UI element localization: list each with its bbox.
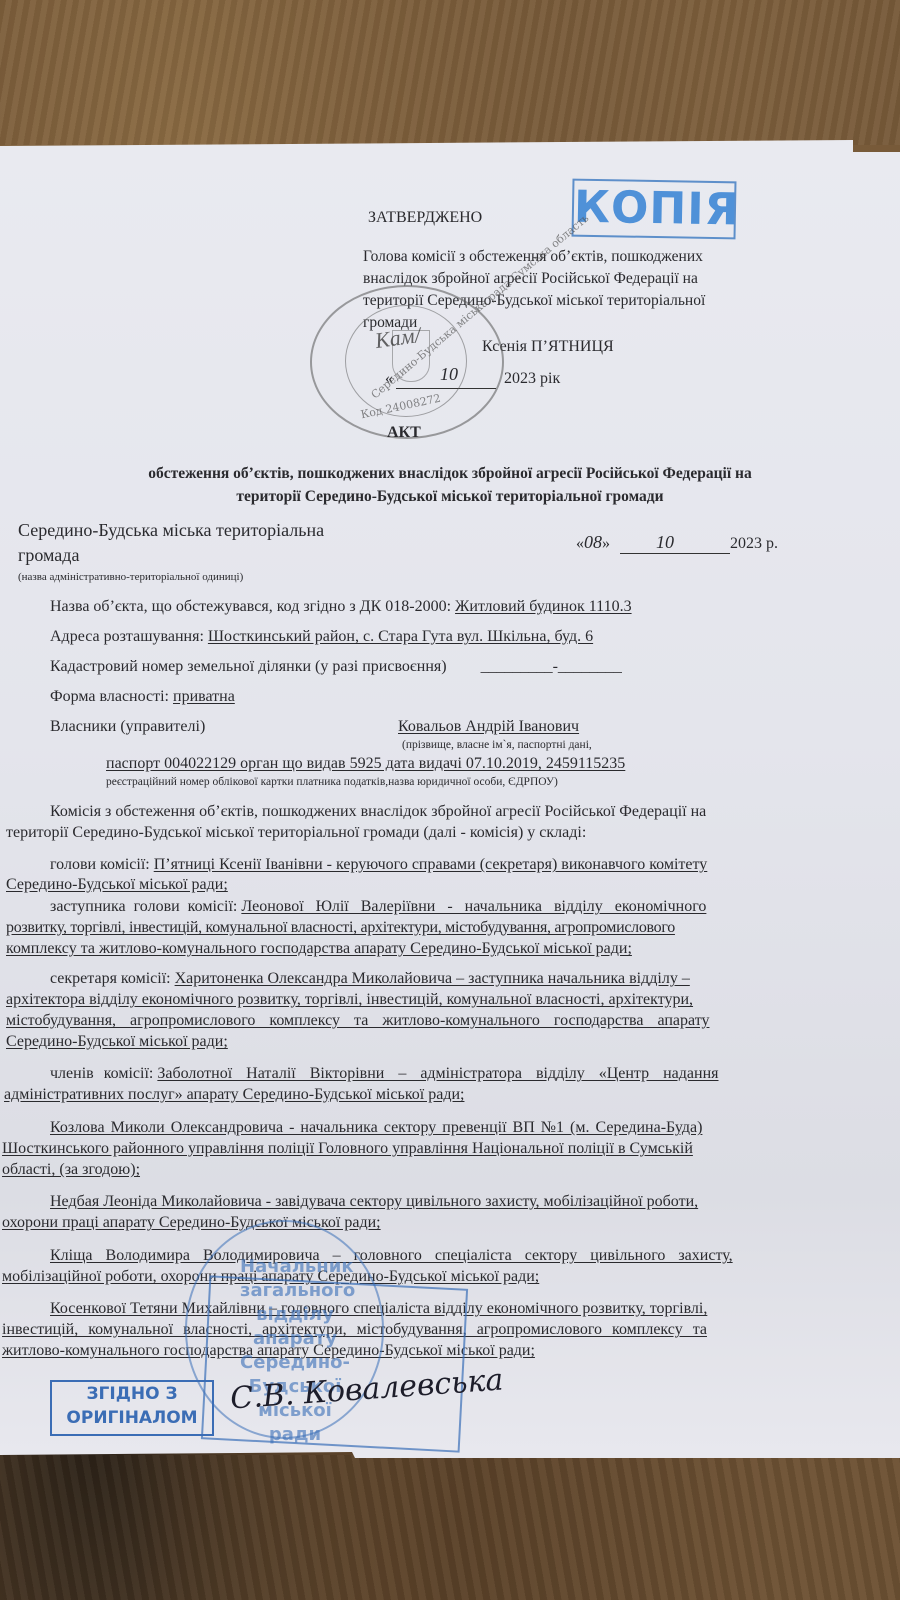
member-text: Кліща Володимира Володимировича – головн…: [50, 1247, 733, 1265]
member-text: містобудування, агропромислового комплек…: [6, 1012, 709, 1030]
member-text: П’ятниці Ксенії Іванівни - керуючого спр…: [154, 856, 708, 873]
cadastral-label: Кадастровий номер земельної ділянки (у р…: [50, 658, 447, 675]
address-field: Адреса розташування: Шосткинський район,…: [50, 628, 593, 646]
address-value: Шосткинський район, с. Стара Гута вул. Ш…: [208, 628, 593, 645]
commission-deputy-head: заступника голови комісії: Леонової Юлії…: [50, 898, 706, 916]
owner-passport-value: паспорт 004022129 орган що видав 5925 да…: [106, 755, 625, 772]
member-role: членів комісії:: [50, 1065, 153, 1082]
carpet-background-top: [0, 0, 900, 145]
commission-secretary-head: секретаря комісії: Харитоненка Олександр…: [50, 970, 690, 988]
member-text: адміністративних послуг» апарату Середин…: [4, 1086, 464, 1104]
owner-name: Ковальов Андрій Іванович: [398, 718, 579, 736]
member-text: Середино-Будської міської ради;: [6, 876, 228, 894]
approval-date-year: 2023 рік: [504, 370, 560, 388]
unit-name-line2: громада: [18, 545, 79, 566]
object-value: Житловий будинок 1110.3: [455, 598, 632, 615]
ownership-value: приватна: [173, 688, 235, 705]
copy-stamp: КОПІЯ: [572, 179, 737, 240]
commission-member-head: голови комісії: П’ятниці Ксенії Іванівни…: [50, 856, 707, 874]
date-year: 2023 р.: [730, 535, 778, 552]
date-month-field: 10: [620, 532, 730, 554]
cadastral-field: Кадастровий номер земельної ділянки (у р…: [50, 658, 622, 676]
owners-label: Власники (управителі): [50, 718, 205, 736]
owner-passport: паспорт 004022129 орган що видав 5925 да…: [106, 755, 625, 773]
date-close-quote: »: [602, 535, 610, 552]
member-text: архітектора відділу економічного розвитк…: [6, 991, 693, 1009]
commission-members-head: членів комісії: Заболотної Наталії Вікто…: [50, 1065, 719, 1083]
commission-intro-line1: Комісія з обстеження об’єктів, пошкоджен…: [50, 803, 706, 821]
certified-stamp-line2: ОРИГІНАЛОМ: [52, 1406, 212, 1430]
certified-stamp-line1: ЗГІДНО З: [52, 1382, 212, 1406]
date-day: 08: [584, 532, 602, 552]
ownership-label: Форма власності:: [50, 688, 169, 705]
member-text: Харитоненка Олександра Миколайовича – за…: [175, 970, 690, 987]
act-subtitle-line1: обстеження об’єктів, пошкоджених внаслід…: [0, 465, 900, 483]
member-role: секретаря комісії:: [50, 970, 171, 987]
member-role: голови комісії:: [50, 856, 150, 873]
member-text: Шосткинського районного управління поліц…: [2, 1140, 693, 1158]
member-text: області, (за згодою);: [2, 1161, 140, 1179]
member-role: заступника голови комісії:: [50, 898, 237, 915]
act-subtitle-line2: території Середино-Будської міської тери…: [0, 488, 900, 506]
address-label: Адреса розташування:: [50, 628, 204, 645]
cadastral-value: _________-________: [481, 658, 622, 675]
act-date: «08» 102023 р.: [576, 532, 778, 554]
date-open-quote: «: [576, 535, 584, 552]
date-month: 10: [656, 532, 674, 552]
ownership-field: Форма власності: приватна: [50, 688, 235, 706]
member-text: Недбая Леоніда Миколайовича - завідувача…: [50, 1193, 698, 1211]
approval-heading: ЗАТВЕРДЖЕНО: [368, 209, 482, 227]
certified-copy-stamp: ЗГІДНО З ОРИГІНАЛОМ: [50, 1380, 214, 1436]
act-title: АКТ: [387, 424, 421, 442]
member-text: розвитку, торгівлі, інвестицій, комуналь…: [6, 919, 675, 937]
unit-name-line1: Середино-Будська міська територіальна: [18, 520, 324, 541]
carpet-background-bottom: [0, 1455, 900, 1600]
object-label: Назва об’єкта, що обстежувався, код згід…: [50, 598, 451, 615]
member-text: комплексу та житлово-комунального господ…: [6, 940, 632, 958]
unit-name-caption: (назва адміністративно-територіальної од…: [18, 571, 243, 583]
object-field: Назва об’єкта, що обстежувався, код згід…: [50, 598, 632, 616]
owner-caption-1: (прізвище, власне ім`я, паспортні дані,: [402, 739, 592, 751]
member-text: Козлова Миколи Олександровича - начальни…: [50, 1119, 702, 1137]
member-text: Середино-Будської міської ради;: [6, 1033, 228, 1051]
commission-intro-line2: території Середино-Будської міської тери…: [6, 824, 586, 842]
blue-signature-box: [201, 1275, 468, 1452]
member-text: Заболотної Наталії Вікторівни – адмініст…: [157, 1065, 718, 1082]
member-text: Леонової Юлії Валеріївни - начальника ві…: [241, 898, 706, 915]
owner-caption-2: реєстраційний номер облікової картки пла…: [106, 776, 558, 788]
owner-name-value: Ковальов Андрій Іванович: [398, 718, 579, 735]
